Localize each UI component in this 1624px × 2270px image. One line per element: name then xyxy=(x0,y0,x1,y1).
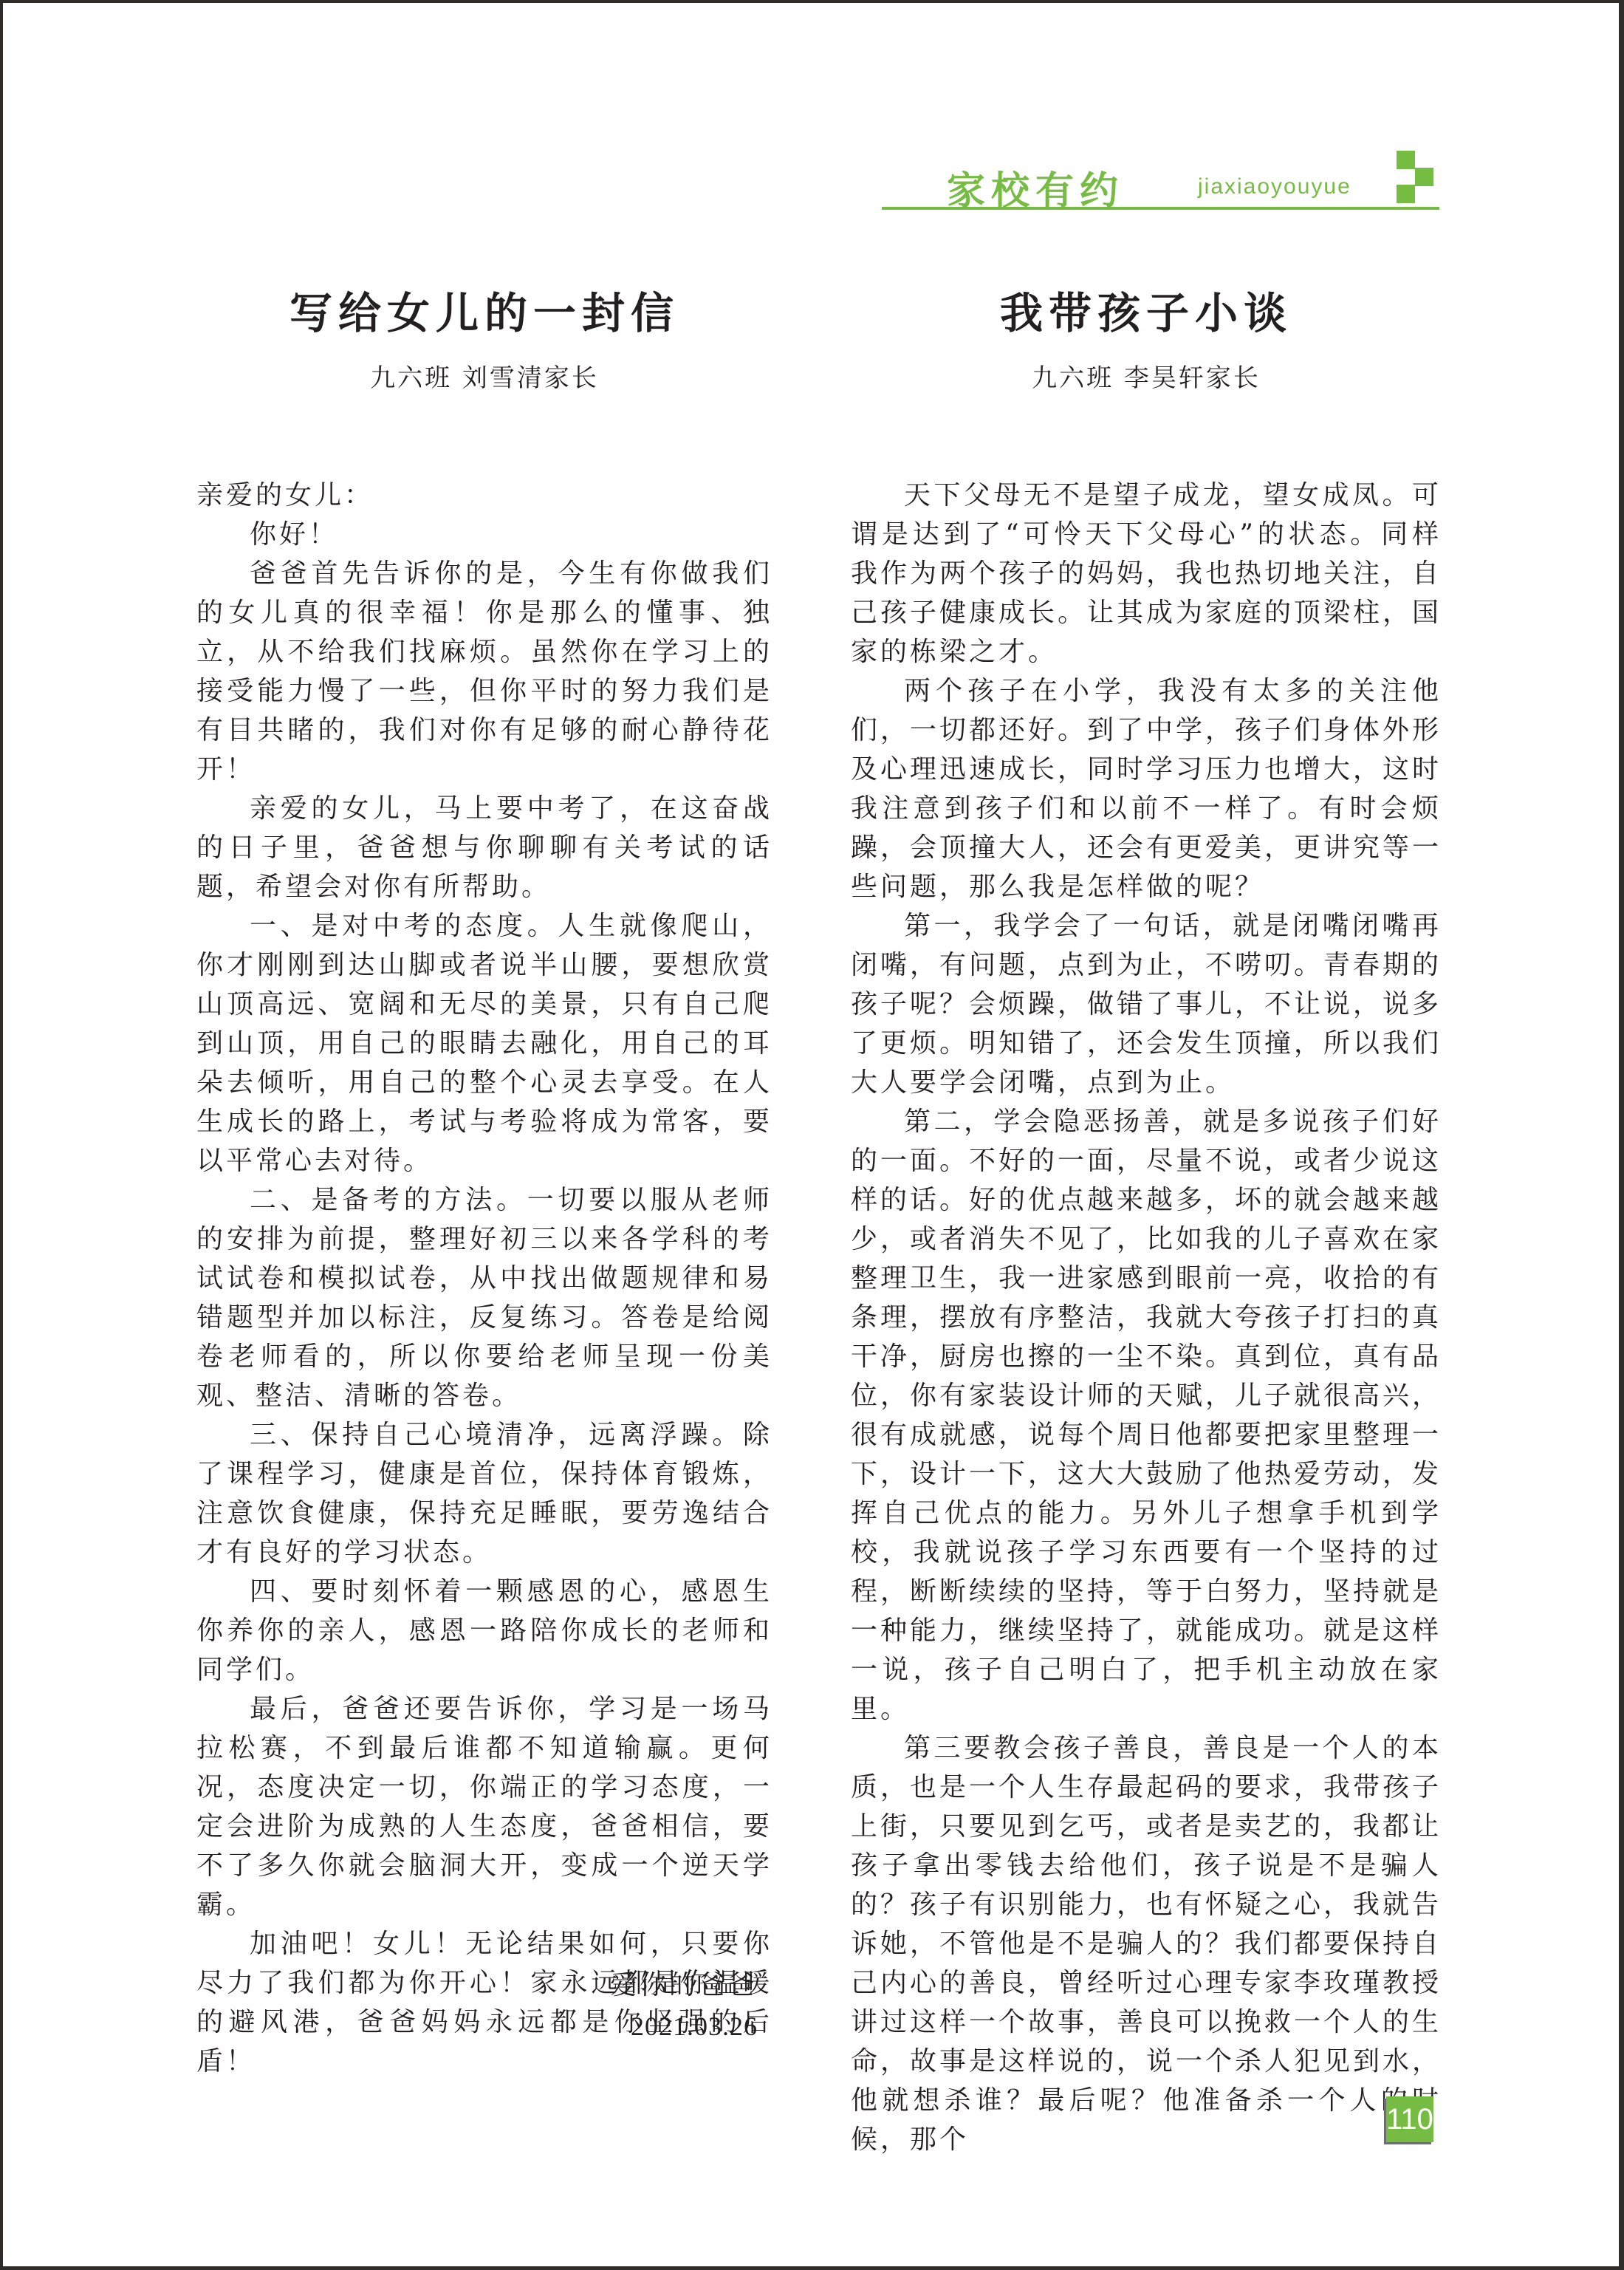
block-logo-icon xyxy=(1397,151,1435,205)
column-header: 家校有约 jiaxiaoyouyue xyxy=(882,143,1443,213)
paragraph: 第一，我学会了一句话，就是闭嘴闭嘴再闭嘴，有问题，点到为止，不唠叨。青春期的孩子… xyxy=(851,906,1442,1102)
article-parenting-talk: 我带孩子小谈 九六班 李昊轩家长 天下父母无不是望子成龙，望女成凤。可谓是达到了… xyxy=(851,276,1442,394)
letter-date: 2021.03.26 xyxy=(196,2011,765,2042)
paragraph: 第三要教会孩子善良，善良是一个人的本质，也是一个人生存最起码的要求，我带孩子上街… xyxy=(851,1729,1442,2159)
paragraph: 亲爱的女儿，马上要中考了，在这奋战的日子里，爸爸想与你聊聊有关考试的话题，希望会… xyxy=(196,789,772,906)
paragraph: 爸爸首先告诉你的是，今生有你做我们的女儿真的很幸福！你是那么的懂事、独立，从不给… xyxy=(196,554,772,789)
column-pinyin: jiaxiaoyouyue xyxy=(1198,174,1351,199)
article-letter-to-daughter: 写给女儿的一封信 九六班 刘雪清家长 亲爱的女儿： 你好！ 爸爸首先告诉你的是，… xyxy=(196,276,772,394)
paragraph: 亲爱的女儿： xyxy=(196,476,772,515)
paragraph: 天下父母无不是望子成龙，望女成凤。可谓是达到了“可怜天下父母心”的状态。同样我作… xyxy=(851,476,1442,671)
paragraph: 最后，爸爸还要告诉你，学习是一场马拉松赛，不到最后谁都不知道输赢。更何况，态度决… xyxy=(196,1689,772,1924)
article-title: 我带孩子小谈 xyxy=(851,276,1442,350)
article-body: 天下父母无不是望子成龙，望女成凤。可谓是达到了“可怜天下父母心”的状态。同样我作… xyxy=(851,476,1442,2159)
article-title: 写给女儿的一封信 xyxy=(196,276,772,350)
paragraph: 二、是备考的方法。一切要以服从老师的安排为前提，整理好初三以来各学科的考试试卷和… xyxy=(196,1180,772,1415)
paragraph: 四、要时刻怀着一颗感恩的心，感恩生你养你的亲人，感恩一路陪你成长的老师和同学们。 xyxy=(196,1572,772,1689)
paragraph: 你好！ xyxy=(196,515,772,554)
article-author: 九六班 刘雪清家长 xyxy=(196,358,772,394)
paragraph: 第二，学会隐恶扬善，就是多说孩子们好的一面。不好的一面，尽量不说，或者少说这样的… xyxy=(851,1102,1442,1729)
paragraph: 一、是对中考的态度。人生就像爬山，你才刚刚到达山脚或者说半山腰，要想欣赏山顶高远… xyxy=(196,906,772,1180)
magazine-page: 家校有约 jiaxiaoyouyue 写给女儿的一封信 九六班 刘雪清家长 亲爱… xyxy=(3,3,1619,2266)
article-body: 亲爱的女儿： 你好！ 爸爸首先告诉你的是，今生有你做我们的女儿真的很幸福！你是那… xyxy=(196,476,772,2081)
paragraph: 两个孩子在小学，我没有太多的关注他们，一切都还好。到了中学，孩子们身体外形及心理… xyxy=(851,671,1442,906)
paragraph: 三、保持自己心境清净，远离浮躁。除了课程学习，健康是首位，保持体育锻炼，注意饮食… xyxy=(196,1415,772,1572)
page-number-badge: 110 xyxy=(1386,2096,1433,2142)
article-author: 九六班 李昊轩家长 xyxy=(851,358,1442,394)
letter-signature: 爱你的爸爸 xyxy=(196,1964,765,2002)
paragraph: 加油吧！女儿！无论结果如何，只要你尽力了我们都为你开心！家永远都是你温暖的避风港… xyxy=(196,1924,772,2081)
header-divider xyxy=(882,207,1439,210)
